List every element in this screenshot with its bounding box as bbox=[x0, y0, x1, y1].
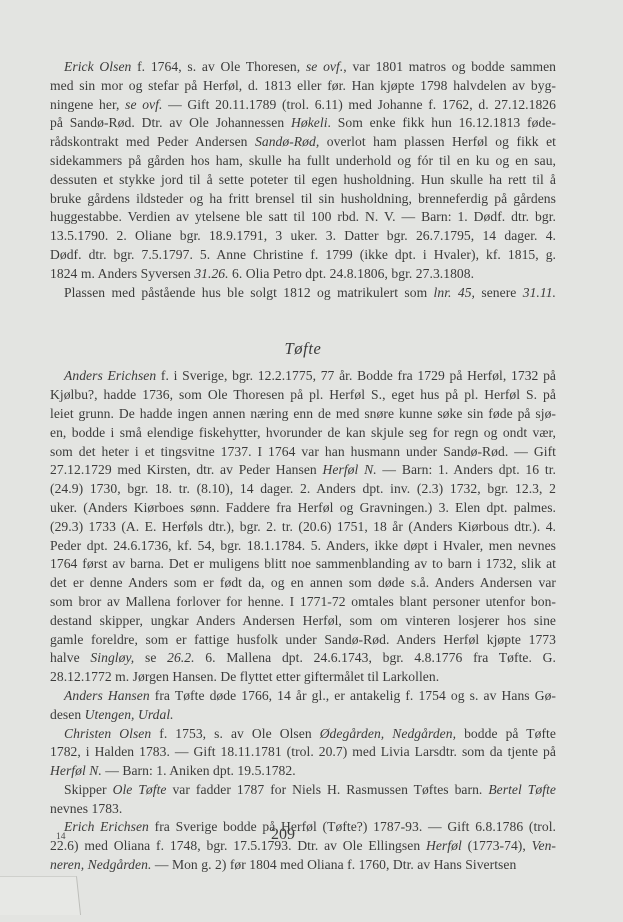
italic-name: se ovf. bbox=[306, 59, 343, 74]
italic-name: Christen Olsen bbox=[64, 726, 151, 741]
text-line: (24.9) 1730, bgr. 18. tr. (8.10), 14 dag… bbox=[50, 480, 556, 499]
text-run: fra Tøfte døde 1766, 14 år gl., er antak… bbox=[150, 688, 556, 703]
italic-name: Herføl N. bbox=[50, 763, 102, 778]
text-line: en, bodde i små elendige fiskehytter, hv… bbox=[50, 424, 556, 443]
text-line: (29.3) 1733 (A. E. Herføls dtr.), bgr. 2… bbox=[50, 518, 556, 537]
section-gap bbox=[50, 302, 556, 335]
italic-name: Ødegården, Nedgården, bbox=[320, 726, 456, 741]
text-line: 28.12.1772 m. Jørgen Hansen. De flyttet … bbox=[50, 668, 556, 687]
text-run: Dødf. dtr. bgr. 7.5.1797. 5. Anne Christ… bbox=[50, 247, 556, 262]
text-run: halve bbox=[50, 650, 90, 665]
text-run: 28.12.1772 m. Jørgen Hansen. De flyttet … bbox=[50, 669, 439, 684]
text-run: 6. Olia Petro dpt. 24.8.1806, bgr. 27.3.… bbox=[229, 266, 474, 281]
text-run: uker. (Anders Kiørboes sønn. Faddere fra… bbox=[50, 500, 556, 515]
text-run: overlot ham plassen Herføl og fikk et bbox=[319, 134, 556, 149]
text-line: halve Singløy, se 26.2. 6. Mallena dpt. … bbox=[50, 649, 556, 668]
signature-mark: 14 bbox=[56, 832, 66, 842]
text-line: Christen Olsen f. 1753, s. av Ole Olsen … bbox=[50, 725, 556, 744]
italic-name: 26.2. bbox=[167, 650, 194, 665]
text-run: , var 1801 matros og bodde sammen bbox=[343, 59, 556, 74]
text-run: rådskontrakt med Peder Andersen bbox=[50, 134, 255, 149]
italic-name: Ven- bbox=[532, 838, 556, 853]
text-run: 13.5.1790. 2. Oliane bgr. 18.9.1791, 3 u… bbox=[50, 228, 556, 243]
section-body-tofte: Anders Erichsen f. i Sverige, bgr. 12.2.… bbox=[50, 367, 556, 875]
text-run: dessuten et stykke jord til å sette pote… bbox=[50, 172, 556, 187]
text-run: (24.9) 1730, bgr. 18. tr. (8.10), 14 dag… bbox=[50, 481, 556, 496]
text-line: 1824 m. Anders Syversen 31.26. 6. Olia P… bbox=[50, 265, 556, 284]
text-run: som det heter i et tingsvitne 1737. I 17… bbox=[50, 444, 556, 459]
text-line: Anders Hansen fra Tøfte døde 1766, 14 år… bbox=[50, 687, 556, 706]
italic-name: Anders Erichsen bbox=[64, 368, 156, 383]
italic-name: Bertel Tøfte bbox=[488, 782, 556, 797]
text-line: rådskontrakt med Peder Andersen Sandø-Rø… bbox=[50, 133, 556, 152]
text-run: senere bbox=[475, 285, 523, 300]
text-line: uker. (Anders Kiørboes sønn. Faddere fra… bbox=[50, 499, 556, 518]
text-line: nevnes 1783. bbox=[50, 800, 556, 819]
text-run: Skipper bbox=[64, 782, 113, 797]
text-run: en, bodde i små elendige fiskehytter, hv… bbox=[50, 425, 556, 440]
italic-name: Sandø-Rød, bbox=[255, 134, 319, 149]
text-line: leiet grunn. De hadde ingen annen næring… bbox=[50, 405, 556, 424]
text-run: sidekammers på gården hos ham, skulle ha… bbox=[50, 153, 556, 168]
text-line: neren, Nedgården. — Mon g. 2) før 1804 m… bbox=[50, 856, 556, 875]
italic-name: Herføl bbox=[426, 838, 462, 853]
text-run: leiet grunn. De hadde ingen annen næring… bbox=[50, 406, 556, 421]
text-run: f. i Sverige, bgr. 12.2.1775, 77 år. Bod… bbox=[156, 368, 556, 383]
italic-name: Ole Tøfte bbox=[113, 782, 167, 797]
text-line: huggestabbe. Verdien av ytelsene ble sat… bbox=[50, 208, 556, 227]
text-run: 27.12.1729 med Kirsten, dtr. av Peder Ha… bbox=[50, 462, 323, 477]
italic-name: Erich Erichsen bbox=[64, 819, 149, 834]
text-line: destand skipper, ungkar Anders Andersen … bbox=[50, 612, 556, 631]
text-run: Plassen med påstående hus ble solgt 1812… bbox=[64, 285, 434, 300]
document-page: Erick Olsen f. 1764, s. av Ole Thoresen,… bbox=[50, 58, 556, 875]
text-run: gamle foreldre, som er fattige husfolk u… bbox=[50, 632, 556, 647]
page-number: 209 bbox=[271, 826, 295, 844]
text-run: nevnes 1783. bbox=[50, 801, 122, 816]
text-run: — Mon g. 2) før 1804 med Oliana f. 1760,… bbox=[151, 857, 516, 872]
text-run: f. 1764, s. av Ole Thoresen, bbox=[131, 59, 306, 74]
text-line: Anders Erichsen f. i Sverige, bgr. 12.2.… bbox=[50, 367, 556, 386]
text-line: desen Utengen, Urdal. bbox=[50, 706, 556, 725]
italic-name: Herføl N. bbox=[323, 462, 377, 477]
text-run: bodde på Tøfte bbox=[456, 726, 556, 741]
text-line: Erich Erichsen fra Sverige bodde på Herf… bbox=[50, 818, 556, 837]
text-line: Kjølbu?, hadde 1736, som Ole Thoresen på… bbox=[50, 386, 556, 405]
italic-name: Utengen, Urdal. bbox=[85, 707, 174, 722]
entry-erick-olsen: Erick Olsen f. 1764, s. av Ole Thoresen,… bbox=[50, 58, 556, 302]
text-line: dessuten et stykke jord til å sette pote… bbox=[50, 171, 556, 190]
text-line: på Sandø-Rød. Dtr. av Ole Johannessen Hø… bbox=[50, 114, 556, 133]
text-run: se bbox=[134, 650, 167, 665]
text-line: 1782, i Halden 1783. — Gift 18.11.1781 (… bbox=[50, 743, 556, 762]
text-line: Plassen med påstående hus ble solgt 1812… bbox=[50, 284, 556, 303]
text-line: 22.6) med Oliana f. 1748, bgr. 17.5.1793… bbox=[50, 837, 556, 856]
text-line: 13.5.1790. 2. Oliane bgr. 18.9.1791, 3 u… bbox=[50, 227, 556, 246]
text-run: 22.6) med Oliana f. 1748, bgr. 17.5.1793… bbox=[50, 838, 426, 853]
italic-name: 31.11. bbox=[523, 285, 556, 300]
italic-name: neren, Nedgården. bbox=[50, 857, 151, 872]
text-line: gamle foreldre, som er fattige husfolk u… bbox=[50, 631, 556, 650]
text-run: . Som enke fikk hun 16.12.1813 føde- bbox=[328, 115, 556, 130]
text-line: Herføl N. — Barn: 1. Aniken dpt. 19.5.17… bbox=[50, 762, 556, 781]
text-line: det er denne Anders som er født da, og e… bbox=[50, 574, 556, 593]
text-line: som bror av Mallena forlover for henne. … bbox=[50, 593, 556, 612]
text-run: bruke gårdens ildsteder og ha fritt bren… bbox=[50, 191, 556, 206]
text-run: med sin mor og stefar på Herføl, d. 1813… bbox=[50, 78, 556, 93]
text-run: Peder dpt. 24.6.1736, kf. 54, bgr. 18.1.… bbox=[50, 538, 556, 553]
text-run: 6. Mallena dpt. 24.6.1743, bgr. 4.8.1776… bbox=[195, 650, 556, 665]
text-run: huggestabbe. Verdien av ytelsene ble sat… bbox=[50, 209, 556, 224]
text-line: ningene her, se ovf. — Gift 20.11.1789 (… bbox=[50, 96, 556, 115]
text-run: som bror av Mallena forlover for henne. … bbox=[50, 594, 556, 609]
text-run: 1782, i Halden 1783. — Gift 18.11.1781 (… bbox=[50, 744, 556, 759]
text-run: — Gift 20.11.1789 (trol. 6.11) med Johan… bbox=[162, 97, 556, 112]
text-run: på Sandø-Rød. Dtr. av Ole Johannessen bbox=[50, 115, 291, 130]
text-run: fra Sverige bodde på Herføl (Tøfte?) 178… bbox=[149, 819, 556, 834]
italic-name: se ovf. bbox=[125, 97, 162, 112]
section-heading: Tøfte bbox=[50, 335, 556, 363]
text-line: Dødf. dtr. bgr. 7.5.1797. 5. Anne Christ… bbox=[50, 246, 556, 265]
text-line: med sin mor og stefar på Herføl, d. 1813… bbox=[50, 77, 556, 96]
text-line: Skipper Ole Tøfte var fadder 1787 for Ni… bbox=[50, 781, 556, 800]
text-run: (29.3) 1733 (A. E. Herføls dtr.), bgr. 2… bbox=[50, 519, 556, 534]
text-line: 27.12.1729 med Kirsten, dtr. av Peder Ha… bbox=[50, 461, 556, 480]
italic-name: Singløy, bbox=[90, 650, 134, 665]
text-run: det er denne Anders som er født da, og e… bbox=[50, 575, 556, 590]
text-run: ningene her, bbox=[50, 97, 125, 112]
italic-name: Høkeli bbox=[291, 115, 328, 130]
italic-name: Erick Olsen bbox=[64, 59, 131, 74]
text-run: — Barn: 1. Anders dpt. 16 tr. bbox=[377, 462, 556, 477]
text-run: desen bbox=[50, 707, 85, 722]
text-run: destand skipper, ungkar Anders Andersen … bbox=[50, 613, 556, 628]
text-line: som det heter i et tingsvitne 1737. I 17… bbox=[50, 443, 556, 462]
text-run: 1764 først av barna. Det er muligens bli… bbox=[50, 556, 556, 571]
text-line: sidekammers på gården hos ham, skulle ha… bbox=[50, 152, 556, 171]
italic-name: lnr. 45, bbox=[434, 285, 475, 300]
text-line: Erick Olsen f. 1764, s. av Ole Thoresen,… bbox=[50, 58, 556, 77]
text-run: — Barn: 1. Aniken dpt. 19.5.1782. bbox=[102, 763, 296, 778]
text-line: bruke gårdens ildsteder og ha fritt bren… bbox=[50, 190, 556, 209]
text-run: f. 1753, s. av Ole Olsen bbox=[151, 726, 319, 741]
text-line: 1764 først av barna. Det er muligens bli… bbox=[50, 555, 556, 574]
italic-name: 31.26. bbox=[194, 266, 228, 281]
text-run: 1824 m. Anders Syversen bbox=[50, 266, 194, 281]
text-run: (1773-74), bbox=[462, 838, 532, 853]
paper-slip-edge bbox=[0, 876, 81, 915]
italic-name: Anders Hansen bbox=[64, 688, 150, 703]
text-line: Peder dpt. 24.6.1736, kf. 54, bgr. 18.1.… bbox=[50, 537, 556, 556]
text-run: Kjølbu?, hadde 1736, som Ole Thoresen på… bbox=[50, 387, 556, 402]
text-run: var fadder 1787 for Niels H. Rasmussen T… bbox=[167, 782, 489, 797]
